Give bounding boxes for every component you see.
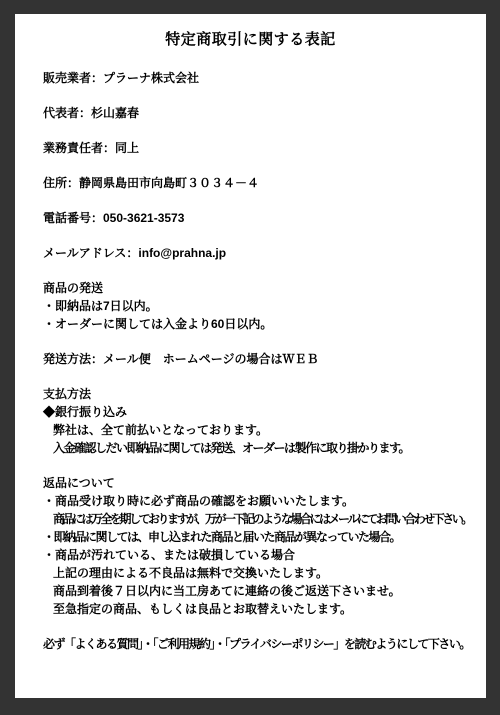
- email-line: メールアドレス：info@prahna.jp: [43, 244, 486, 262]
- phone-line: 電話番号：050-3621-3573: [43, 209, 486, 227]
- manager-line: 業務責任者：同上: [43, 139, 486, 157]
- returns-case-damaged-line: ・商品が汚れている、または破損している場合: [43, 546, 486, 564]
- payment-process-line: 入金確認しだい即納品に関しては発送、オーダーは製作に取り掛かります。: [43, 439, 486, 457]
- representative-line: 代表者：杉山嘉春: [43, 104, 486, 122]
- returns-case-wrong-item-line: ・即納品に関しては、申し込まれた商品と届いた商品が異なっていた場合。: [43, 528, 486, 546]
- prepayment-line: 弊社は、全て前払いとなっております。: [43, 421, 486, 439]
- document-page: 特定商取引に関する表記 販売業者：プラーナ株式会社 代表者：杉山嘉春 業務責任者…: [15, 14, 486, 698]
- returns-contact-line: 商品には万全を期しておりますが、万が一下記のような場合にはメールにてお問い合わせ…: [43, 510, 486, 528]
- seller-block: 販売業者：プラーナ株式会社: [43, 69, 486, 87]
- shipping-block: 商品の発送 ・即納品は7日以内。 ・オーダーに関しては入金より60日以内。: [43, 279, 486, 333]
- returns-heading: 返品について: [43, 474, 486, 492]
- shipping-item-order: ・オーダーに関しては入金より60日以内。: [43, 315, 486, 333]
- shipping-heading: 商品の発送: [43, 279, 486, 297]
- returns-replacement-line: 至急指定の商品、もしくは良品とお取替えいたします。: [43, 600, 486, 618]
- page-frame: 特定商取引に関する表記 販売業者：プラーナ株式会社 代表者：杉山嘉春 業務責任者…: [0, 0, 500, 715]
- seller-line: 販売業者：プラーナ株式会社: [43, 69, 486, 87]
- phone-block: 電話番号：050-3621-3573: [43, 209, 486, 227]
- address-line: 住所：静岡県島田市向島町３０３４－４: [43, 174, 486, 192]
- address-block: 住所：静岡県島田市向島町３０３４－４: [43, 174, 486, 192]
- returns-deadline-line: 商品到着後７日以内に当工房あてに連絡の後ご返送下さいませ。: [43, 582, 486, 600]
- returns-check-line: ・商品受け取り時に必ず商品の確認をお願いいたします。: [43, 492, 486, 510]
- shipping-item-immediate: ・即納品は7日以内。: [43, 297, 486, 315]
- shipping-method-block: 発送方法：メール便 ホームページの場合はＷＥＢ: [43, 350, 486, 368]
- email-block: メールアドレス：info@prahna.jp: [43, 244, 486, 262]
- payment-block: 支払方法 ◆銀行振り込み 弊社は、全て前払いとなっております。 入金確認しだい即…: [43, 385, 486, 457]
- notice-line: 必ず「よくある質問」・「ご利用規約」・「プライバシーポリシー」を読むようにして下…: [43, 635, 486, 653]
- bank-transfer-line: ◆銀行振り込み: [43, 403, 486, 421]
- shipping-method-line: 発送方法：メール便 ホームページの場合はＷＥＢ: [43, 350, 486, 368]
- returns-block: 返品について ・商品受け取り時に必ず商品の確認をお願いいたします。 商品には万全…: [43, 474, 486, 618]
- representative-block: 代表者：杉山嘉春: [43, 104, 486, 122]
- notice-block: 必ず「よくある質問」・「ご利用規約」・「プライバシーポリシー」を読むようにして下…: [43, 635, 486, 653]
- manager-block: 業務責任者：同上: [43, 139, 486, 157]
- page-title: 特定商取引に関する表記: [15, 30, 486, 50]
- payment-heading: 支払方法: [43, 385, 486, 403]
- returns-exchange-line: 上記の理由による不良品は無料で交換いたします。: [43, 564, 486, 582]
